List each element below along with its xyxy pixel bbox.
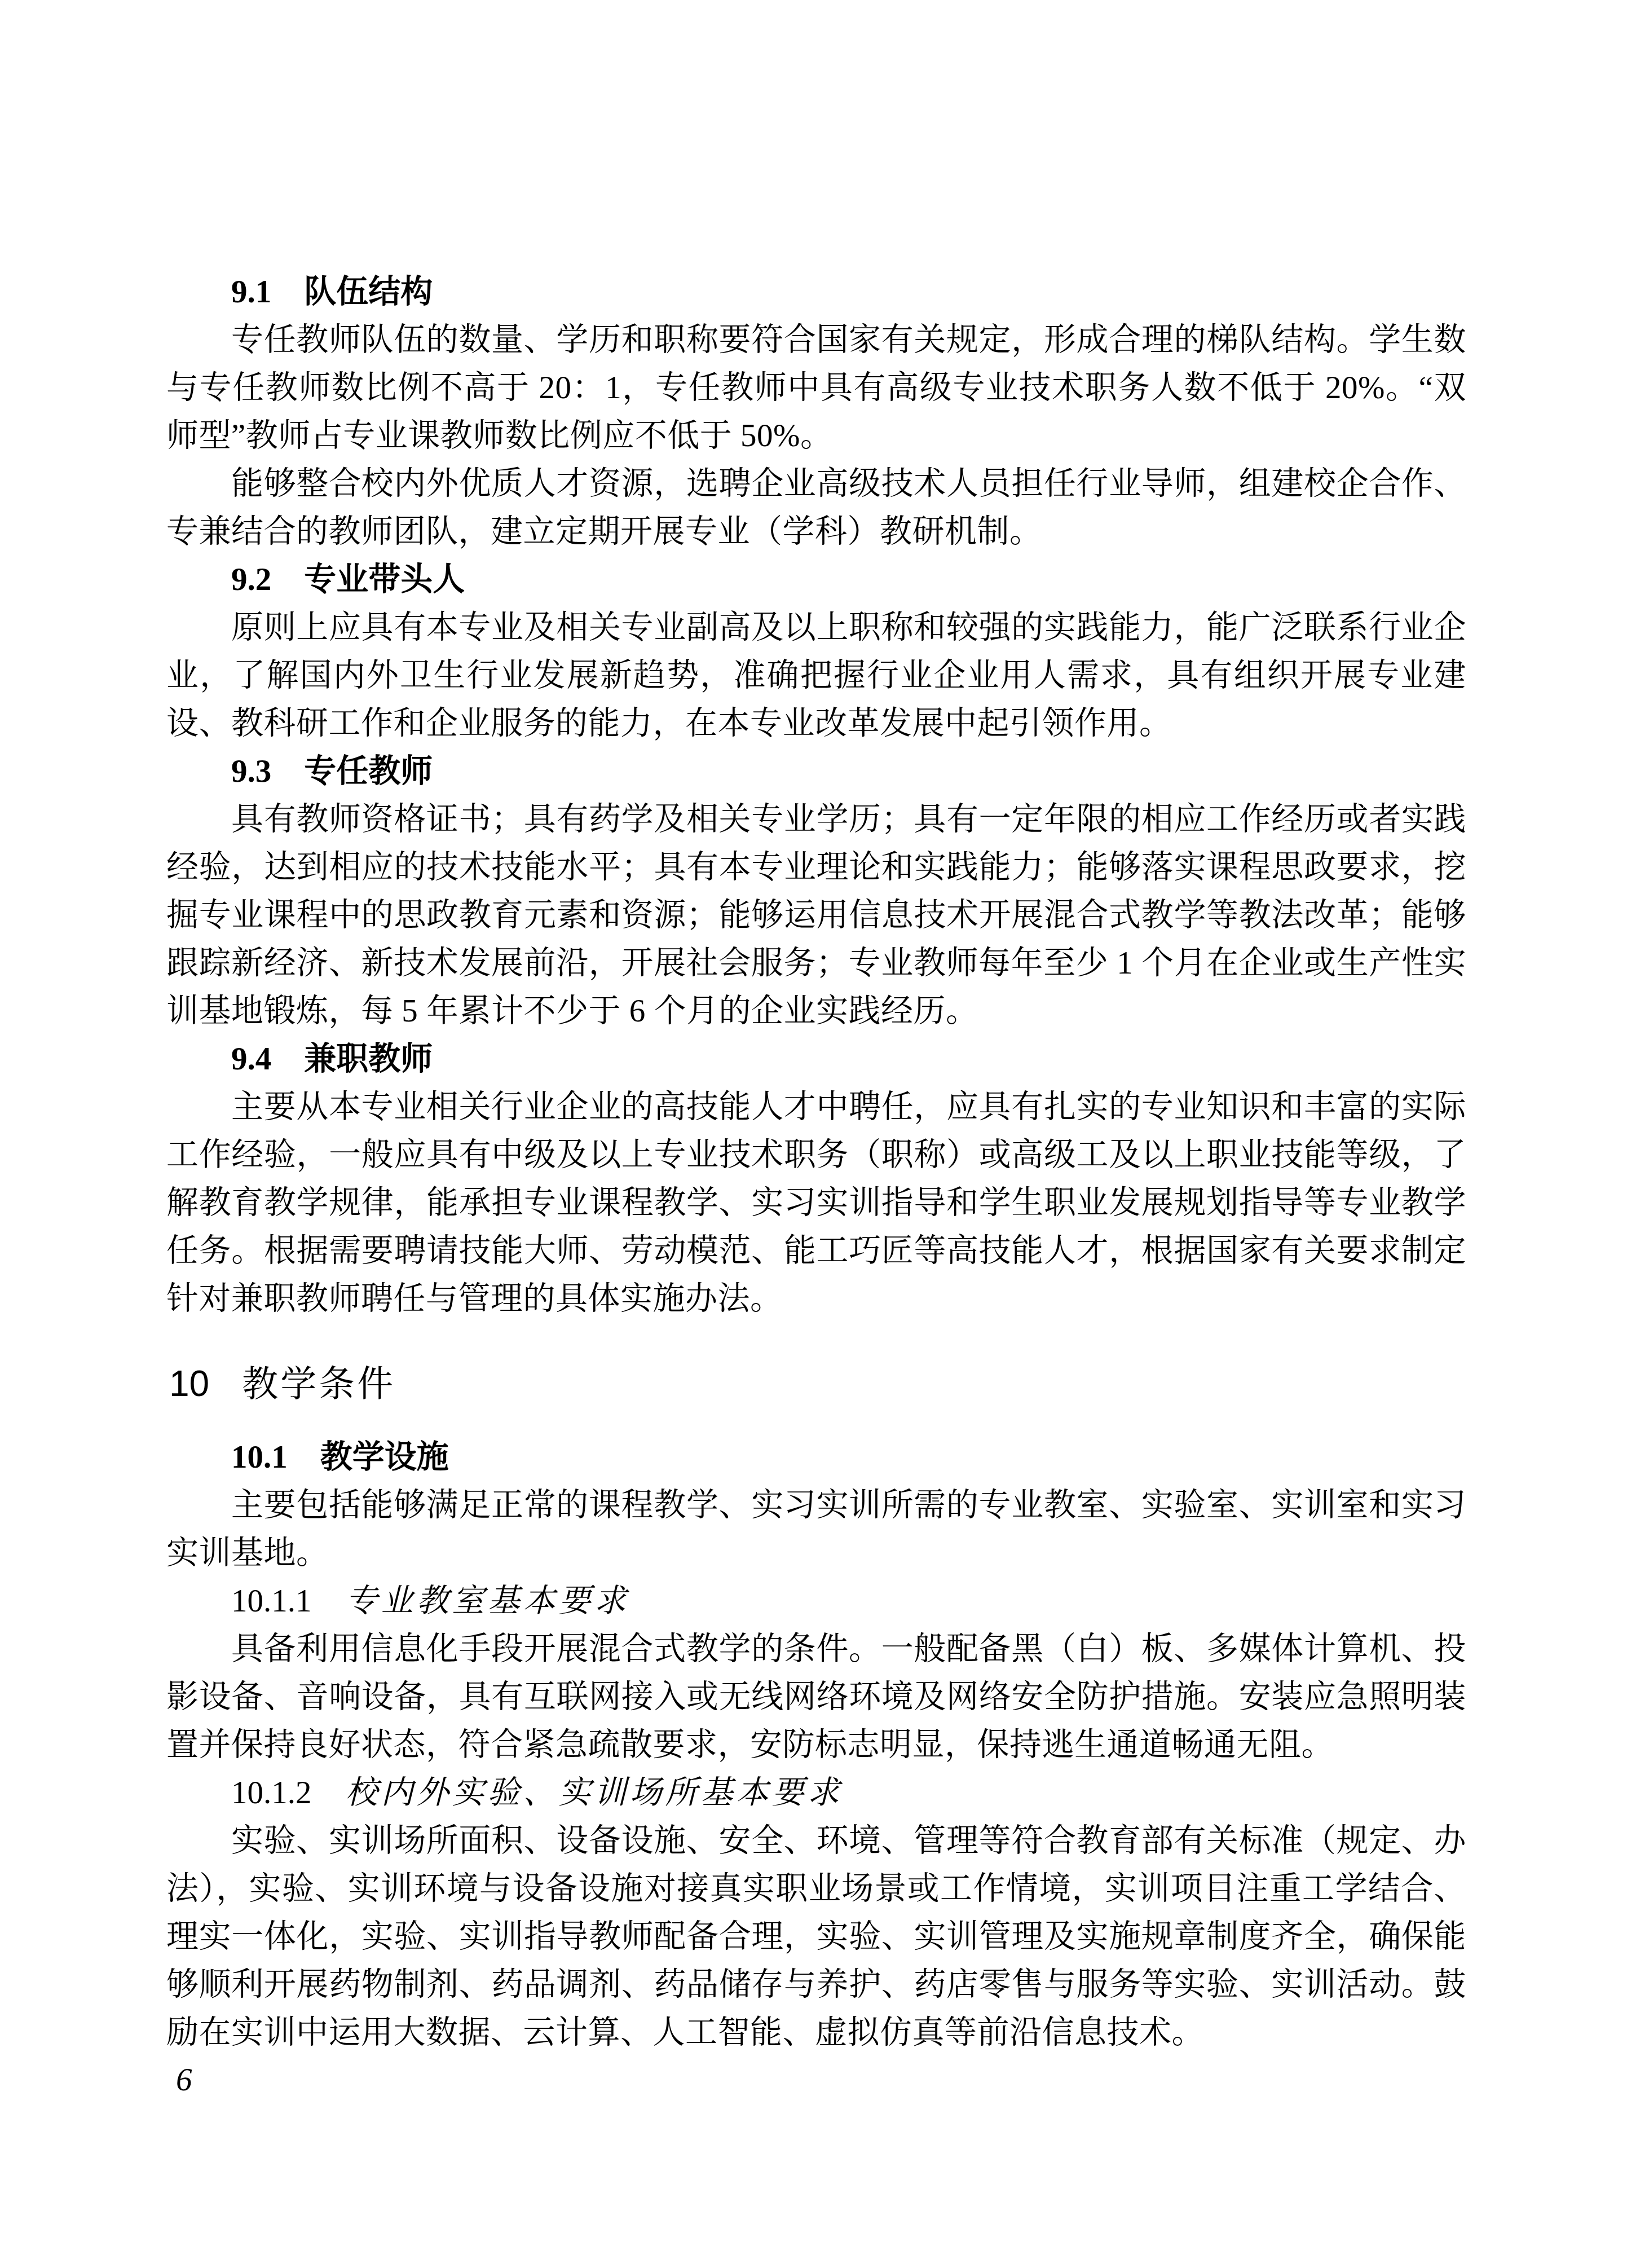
heading-9-3: 9.3专任教师 <box>166 747 1466 795</box>
paragraph-parttime-teachers: 主要从本专业相关行业企业的高技能人才中聘任，应具有扎实的专业知识和丰富的实际工作… <box>166 1083 1466 1323</box>
heading-10-title: 教学条件 <box>242 1363 395 1404</box>
heading-9-1-title: 队伍结构 <box>304 274 433 310</box>
heading-9-1-number: 9.1 <box>231 274 271 310</box>
heading-9-2-title: 专业带头人 <box>304 562 465 597</box>
paragraph-team-structure-2: 能够整合校内外优质人才资源，选聘企业高级技术人员担任行业导师，组建校企合作、专兼… <box>166 460 1466 556</box>
heading-10-1-number: 10.1 <box>231 1439 288 1475</box>
heading-9-2: 9.2专业带头人 <box>166 556 1466 604</box>
document-page: 9.1队伍结构 专任教师队伍的数量、学历和职称要符合国家有关规定，形成合理的梯队… <box>0 0 1627 2268</box>
paragraph-team-structure-1: 专任教师队伍的数量、学历和职称要符合国家有关规定，形成合理的梯队结构。学生数与专… <box>166 316 1466 460</box>
heading-10-1-2: 10.1.2校内外实验、实训场所基本要求 <box>166 1769 1466 1817</box>
heading-10-1-1: 10.1.1专业教室基本要求 <box>166 1577 1466 1625</box>
document-body: 9.1队伍结构 专任教师队伍的数量、学历和职称要符合国家有关规定，形成合理的梯队… <box>166 268 1466 2056</box>
heading-10-number: 10 <box>169 1363 209 1404</box>
heading-9-2-number: 9.2 <box>231 562 271 597</box>
heading-9-4-number: 9.4 <box>231 1041 271 1077</box>
heading-9-3-title: 专任教师 <box>304 754 433 789</box>
heading-9-4: 9.4兼职教师 <box>166 1035 1466 1083</box>
paragraph-teaching-facilities: 主要包括能够满足正常的课程教学、实习实训所需的专业教室、实验室、实训室和实习实训… <box>166 1481 1466 1577</box>
heading-9-4-title: 兼职教师 <box>304 1041 433 1077</box>
heading-10-1-title: 教学设施 <box>320 1439 449 1475</box>
paragraph-classroom-requirements: 具备利用信息化手段开展混合式教学的条件。一般配备黑（白）板、多媒体计算机、投影设… <box>166 1625 1466 1769</box>
heading-9-1: 9.1队伍结构 <box>166 268 1466 316</box>
heading-10-1-2-title: 校内外实验、实训场所基本要求 <box>346 1775 843 1811</box>
heading-10-1-2-number: 10.1.2 <box>231 1775 312 1811</box>
page-number: 6 <box>176 2056 192 2104</box>
paragraph-lab-requirements: 实验、实训场所面积、设备设施、安全、环境、管理等符合教育部有关标准（规定、办法）… <box>166 1817 1466 2056</box>
heading-10: 10教学条件 <box>166 1357 1466 1411</box>
heading-10-1-1-title: 专业教室基本要求 <box>346 1583 630 1619</box>
heading-9-3-number: 9.3 <box>231 754 271 789</box>
heading-10-1-1-number: 10.1.1 <box>231 1583 312 1619</box>
paragraph-program-leader: 原则上应具有本专业及相关专业副高及以上职称和较强的实践能力，能广泛联系行业企业，… <box>166 604 1466 747</box>
paragraph-fulltime-teachers: 具有教师资格证书；具有药学及相关专业学历；具有一定年限的相应工作经历或者实践经验… <box>166 795 1466 1035</box>
heading-10-1: 10.1教学设施 <box>166 1433 1466 1481</box>
